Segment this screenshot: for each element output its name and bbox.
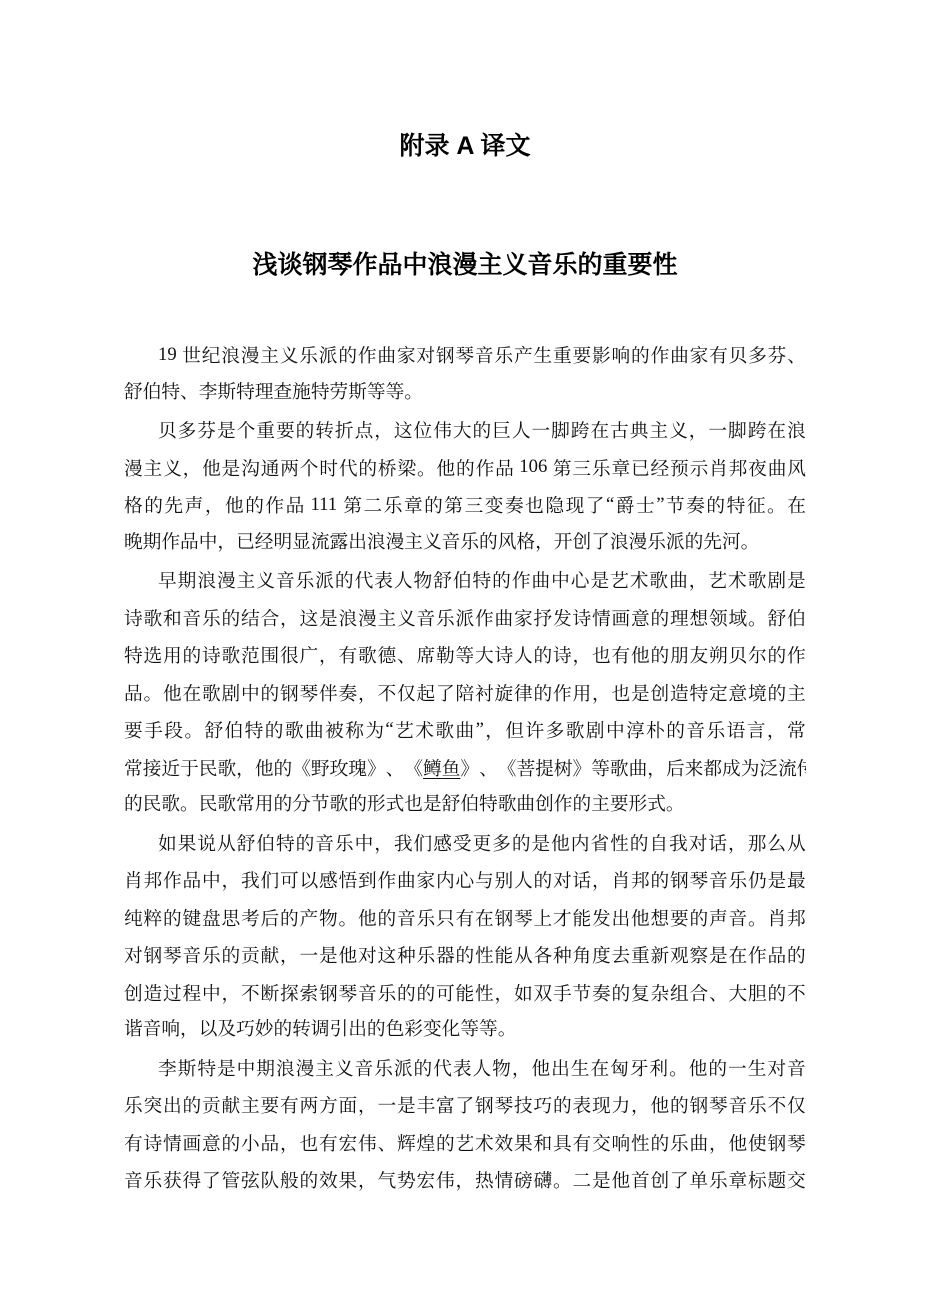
document-page: 附录 A 译文 浅谈钢琴作品中浪漫主义音乐的重要性 19 世纪浪漫主义乐派的作曲… bbox=[0, 0, 926, 1309]
text-line: 格的先声，他的作品 111 第二乐章的第三变奏也隐现了“爵士”节奏的特征。在 bbox=[124, 486, 806, 524]
paragraph: 如果说从舒伯特的音乐中，我们感受更多的是他内省性的自我对话，那么从肖邦作品中，我… bbox=[124, 824, 806, 1049]
text-line: 漫主义，他是沟通两个时代的桥梁。他的作品 106 第三乐章已经预示肖邦夜曲风 bbox=[124, 449, 806, 487]
paragraph: 早期浪漫主义音乐派的代表人物舒伯特的作曲中心是艺术歌曲，艺术歌剧是诗歌和音乐的结… bbox=[124, 561, 806, 824]
text-line: 如果说从舒伯特的音乐中，我们感受更多的是他内省性的自我对话，那么从 bbox=[124, 824, 806, 862]
text-line: 要手段。舒伯特的歌曲被称为“艺术歌曲”，但许多歌剧中淳朴的音乐语言，常 bbox=[124, 711, 806, 749]
text-line: 谐音响，以及巧妙的转调引出的色彩变化等等。 bbox=[124, 1011, 806, 1049]
text-line: 晚期作品中，已经明显流露出浪漫主义音乐的风格，开创了浪漫乐派的先河。 bbox=[124, 524, 806, 562]
text-line: 早期浪漫主义音乐派的代表人物舒伯特的作曲中心是艺术歌曲，艺术歌剧是 bbox=[124, 561, 806, 599]
text-line: 音乐获得了管弦队般的效果，气势宏伟，热情磅礴。二是他首创了单乐章标题交 bbox=[124, 1161, 806, 1199]
appendix-title: 附录 A 译文 bbox=[124, 129, 806, 163]
text-line: 肖邦作品中，我们可以感悟到作曲家内心与别人的对话，肖邦的钢琴音乐仍是最 bbox=[124, 861, 806, 899]
text-line: 19 世纪浪漫主义乐派的作曲家对钢琴音乐产生重要影响的作曲家有贝多芬、 bbox=[124, 336, 806, 374]
paragraph: 李斯特是中期浪漫主义音乐派的代表人物，他出生在匈牙利。他的一生对音乐突出的贡献主… bbox=[124, 1049, 806, 1199]
text-line: 有诗情画意的小品，也有宏伟、辉煌的艺术效果和具有交响性的乐曲，他使钢琴 bbox=[124, 1124, 806, 1162]
paragraph: 19 世纪浪漫主义乐派的作曲家对钢琴音乐产生重要影响的作曲家有贝多芬、舒伯特、李… bbox=[124, 336, 806, 411]
paragraph: 贝多芬是个重要的转折点，这位伟大的巨人一脚跨在古典主义，一脚跨在浪漫主义，他是沟… bbox=[124, 411, 806, 561]
text-line: 品。他在歌剧中的钢琴伴奏，不仅起了陪衬旋律的作用，也是创造特定意境的主 bbox=[124, 674, 806, 712]
document-body: 19 世纪浪漫主义乐派的作曲家对钢琴音乐产生重要影响的作曲家有贝多芬、舒伯特、李… bbox=[124, 336, 806, 1199]
underlined-text: 鱼 bbox=[442, 754, 461, 781]
text-line: 诗歌和音乐的结合，这是浪漫主义音乐派作曲家抒发诗情画意的理想领域。舒伯 bbox=[124, 599, 806, 637]
document-content: 附录 A 译文 浅谈钢琴作品中浪漫主义音乐的重要性 19 世纪浪漫主义乐派的作曲… bbox=[124, 0, 806, 1199]
text-line: 常接近于民歌，他的《野玫瑰》、《鳟鱼》、《菩提树》等歌曲，后来都成为泛流传 bbox=[124, 749, 806, 787]
text-line: 李斯特是中期浪漫主义音乐派的代表人物，他出生在匈牙利。他的一生对音 bbox=[124, 1049, 806, 1087]
text-line: 纯粹的键盘思考后的产物。他的音乐只有在钢琴上才能发出他想要的声音。肖邦 bbox=[124, 899, 806, 937]
text-line: 特选用的诗歌范围很广，有歌德、席勒等大诗人的诗，也有他的朋友朔贝尔的作 bbox=[124, 636, 806, 674]
text-line: 的民歌。民歌常用的分节歌的形式也是舒伯特歌曲创作的主要形式。 bbox=[124, 786, 806, 824]
text-line: 乐突出的贡献主要有两方面，一是丰富了钢琴技巧的表现力，他的钢琴音乐不仅 bbox=[124, 1086, 806, 1124]
text-line: 舒伯特、李斯特理查施特劳斯等等。 bbox=[124, 374, 806, 412]
text-line: 对钢琴音乐的贡献，一是他对这种乐器的性能从各种角度去重新观察是在作品的 bbox=[124, 936, 806, 974]
text-line: 创造过程中，不断探索钢琴音乐的的可能性，如双手节奏的复杂组合、大胆的不 bbox=[124, 974, 806, 1012]
underlined-text: 鳟 bbox=[423, 754, 442, 781]
article-title: 浅谈钢琴作品中浪漫主义音乐的重要性 bbox=[124, 247, 806, 283]
text-line: 贝多芬是个重要的转折点，这位伟大的巨人一脚跨在古典主义，一脚跨在浪 bbox=[124, 411, 806, 449]
